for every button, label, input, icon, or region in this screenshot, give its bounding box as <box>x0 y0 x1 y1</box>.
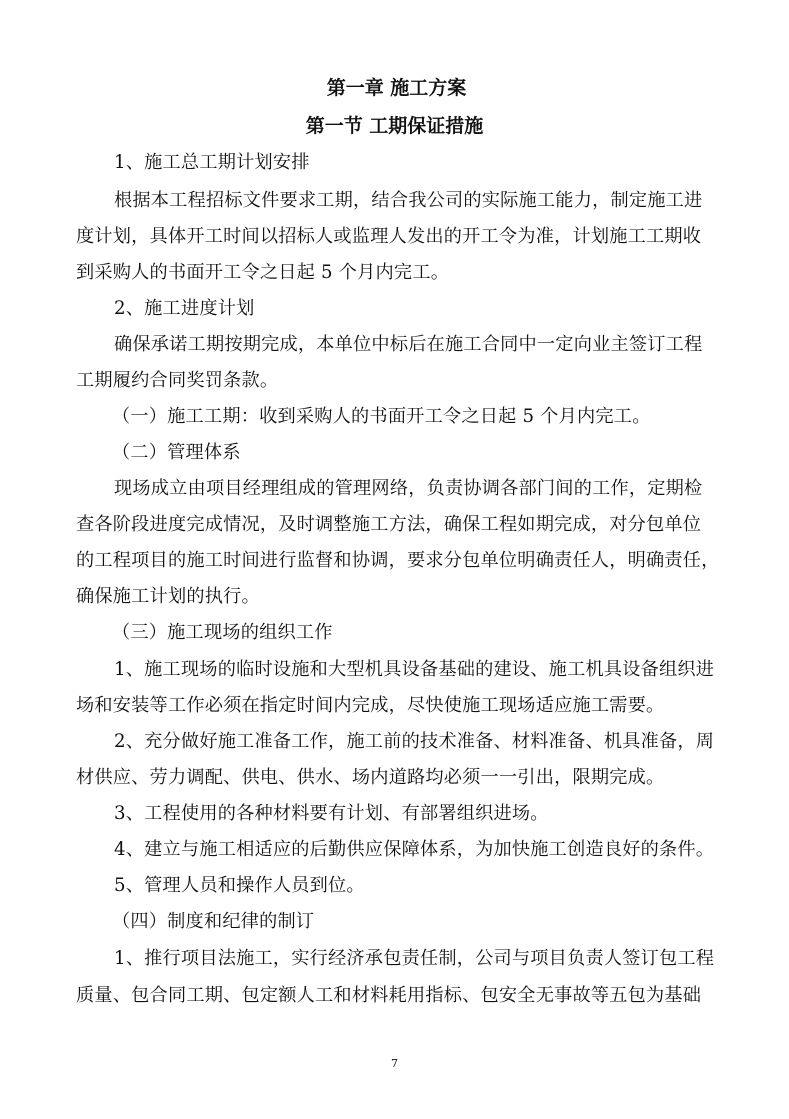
list-item-line: 5、管理人员和操作人员到位。 <box>114 874 754 898</box>
list-item-line: 1、推行项目法施工，实行经济承包责任制，公司与项目负责人签订包工程 <box>114 947 754 971</box>
section-title: 第一节 工期保证措施 <box>0 114 789 138</box>
list-item-line: 材供应、劳力调配、供电、供水、场内道路均必须一一引出，限期完成。 <box>76 766 716 790</box>
list-item-line: 4、建立与施工相适应的后勤供应保障体系，为加快施工创造良好的条件。 <box>114 838 754 862</box>
heading-2-progress-plan: 2、施工进度计划 <box>114 297 754 321</box>
subheading-management-system: （二）管理体系 <box>112 441 752 465</box>
paragraph-line: 度计划，具体开工时间以招标人或监理人发出的开工令为准，计划施工工期收 <box>76 225 716 249</box>
subheading-rules-discipline: （四）制度和纪律的制订 <box>112 910 752 934</box>
list-item-line: 2、充分做好施工准备工作，施工前的技术准备、材料准备、机具准备，周 <box>114 730 754 754</box>
subheading-construction-period: （一）施工工期：收到采购人的书面开工令之日起 5 个月内完工。 <box>112 405 752 429</box>
paragraph-line: 到采购人的书面开工令之日起 5 个月内完工。 <box>76 261 716 285</box>
list-item-line: 场和安装等工作必须在指定时间内完成，尽快使施工现场适应施工需要。 <box>76 694 716 718</box>
paragraph-line: 根据本工程招标文件要求工期，结合我公司的实际施工能力，制定施工进 <box>114 189 754 213</box>
page-number: 7 <box>0 1057 789 1071</box>
list-item-line: 质量、包合同工期、包定额人工和材料耗用指标、包安全无事故等五包为基础 <box>76 984 716 1008</box>
paragraph-line: 查各阶段进度完成情况，及时调整施工方法，确保工程如期完成，对分包单位 <box>76 513 716 537</box>
paragraph-line: 的工程项目的施工时间进行监督和协调，要求分包单位明确责任人，明确责任， <box>76 549 716 573</box>
list-item-line: 3、工程使用的各种材料要有计划、有部署组织进场。 <box>114 802 754 826</box>
subheading-site-organization: （三）施工现场的组织工作 <box>112 621 752 645</box>
paragraph-line: 现场成立由项目经理组成的管理网络，负责协调各部门间的工作，定期检 <box>114 477 754 501</box>
list-item-line: 1、施工现场的临时设施和大型机具设备基础的建设、施工机具设备组织进 <box>114 658 754 682</box>
chapter-title: 第一章 施工方案 <box>2 76 789 100</box>
paragraph-line: 确保承诺工期按期完成，本单位中标后在施工合同中一定向业主签订工程 <box>114 333 754 357</box>
document-page: 第一章 施工方案 第一节 工期保证措施 1、施工总工期计划安排 根据本工程招标文… <box>0 0 789 1119</box>
paragraph-line: 工期履约合同奖罚条款。 <box>76 369 716 393</box>
heading-1-schedule-plan: 1、施工总工期计划安排 <box>114 151 754 175</box>
paragraph-line: 确保施工计划的执行。 <box>76 585 716 609</box>
